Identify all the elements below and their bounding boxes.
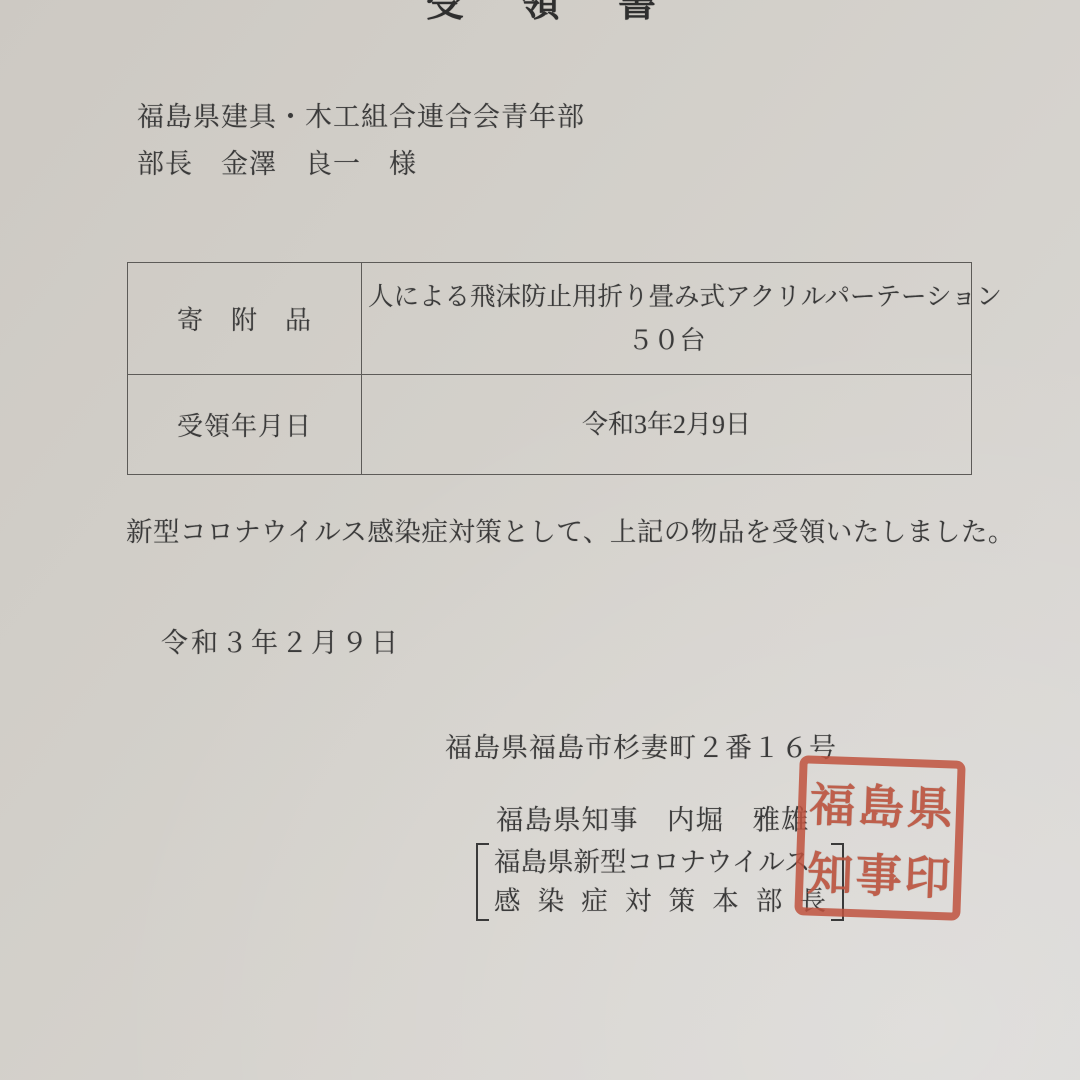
recipient-block: 福島県建具・木工組合連合会青年部 部長 金澤 良一 様: [137, 94, 585, 188]
document-photo: 受領書 福島県建具・木工組合連合会青年部 部長 金澤 良一 様 寄 附 品 人に…: [0, 0, 1080, 1080]
seal-character: 事: [853, 837, 904, 908]
seal-character: 県: [904, 770, 955, 841]
governor-name-line: 福島県知事 内堀 雅雄: [496, 797, 810, 837]
governor-seal-stamp: 福 島 県 知 事 印: [794, 755, 965, 921]
signer-title-text: 福島県新型コロナウイルス 感染症対策本部長: [494, 843, 826, 921]
left-bracket-glyph: [476, 843, 489, 921]
body-statement: 新型コロナウイルス感染症対策として、上記の物品を受領いたしました。: [126, 510, 1015, 549]
table-row-receipt-date: 受領年月日 令和3年2月9日: [128, 375, 972, 475]
donated-item-cell: 人による飛沫防止用折り畳み式アクリルパーテーション ５０台: [362, 263, 972, 375]
recipient-organization: 福島県建具・木工組合連合会青年部: [137, 94, 585, 141]
recipient-person: 部長 金澤 良一 様: [137, 141, 585, 188]
seal-character: 印: [902, 839, 953, 910]
signer-title-line1: 福島県新型コロナウイルス: [494, 843, 826, 882]
seal-character: 福: [807, 766, 858, 837]
donated-item-quantity: ５０台: [368, 319, 965, 363]
table-header-donated-item: 寄 附 品: [128, 263, 362, 375]
table-header-receipt-date: 受領年月日: [128, 375, 362, 475]
receipt-date-value: 令和3年2月9日: [362, 375, 972, 475]
table-row-donated-item: 寄 附 品 人による飛沫防止用折り畳み式アクリルパーテーション ５０台: [128, 263, 972, 375]
donation-table: 寄 附 品 人による飛沫防止用折り畳み式アクリルパーテーション ５０台 受領年月…: [127, 262, 972, 475]
signer-title-block: 福島県新型コロナウイルス 感染症対策本部長: [476, 843, 844, 921]
signer-title-line2: 感染症対策本部長: [494, 882, 826, 921]
donated-item-name: 人による飛沫防止用折り畳み式アクリルパーテーション: [368, 275, 965, 319]
document-title: 受領書: [426, 0, 714, 27]
issue-date: 令和３年２月９日: [161, 621, 401, 660]
seal-character: 知: [805, 835, 856, 906]
issuer-address: 福島県福島市杉妻町２番１６号: [445, 726, 837, 765]
seal-character: 島: [856, 768, 907, 839]
